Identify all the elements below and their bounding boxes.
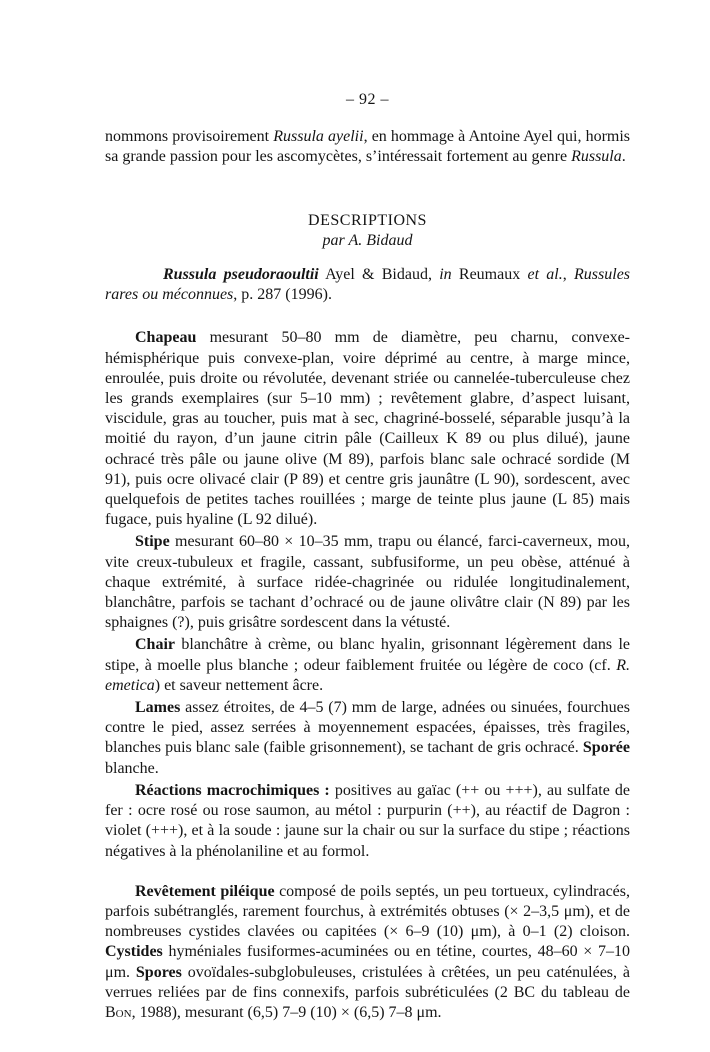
text-run: , — [563, 266, 574, 283]
text-run: in — [439, 266, 451, 283]
text-run: Cystides — [105, 943, 163, 960]
chair-paragraph: Chair blanchâtre à crème, ou blanc hyali… — [105, 635, 630, 696]
author-line: par A. Bidaud — [105, 231, 630, 251]
revetement-paragraph: Revêtement piléique composé de poils sep… — [105, 882, 630, 1023]
text-run: blanchâtre à crème, ou blanc hyalin, gri… — [105, 636, 630, 673]
text-run: Réactions macrochimiques : — [135, 782, 330, 799]
text-run: ovoïdales-subglobuleuses, cristulées à c… — [105, 964, 630, 1001]
reactions-paragraph: Réactions macrochimiques : positives au … — [105, 781, 630, 862]
text-run: mesurant 50–80 mm de diamètre, peu charn… — [105, 329, 630, 528]
text-run: Reumaux — [452, 266, 528, 283]
lames-paragraph: Lames assez étroites, de 4–5 (7) mm de l… — [105, 698, 630, 779]
page-number: – 92 – — [105, 90, 630, 110]
stipe-paragraph: Stipe mesurant 60–80 × 10–35 mm, trapu o… — [105, 532, 630, 633]
text-run: ) et saveur nettement âcre. — [155, 677, 323, 694]
text-run: mesurant 60–80 × 10–35 mm, trapu ou élan… — [105, 533, 630, 631]
intro-paragraph: nommons provisoirement Russula ayelii, e… — [105, 127, 630, 167]
text-run: Chair — [135, 636, 175, 653]
text-run: Spores — [136, 964, 182, 981]
chapeau-paragraph: Chapeau mesurant 50–80 mm de diamètre, p… — [105, 328, 630, 530]
text-run: Russula — [571, 148, 622, 165]
text-run: assez étroites, de 4–5 (7) mm de large, … — [105, 699, 630, 756]
text-run: Russula ayelii — [273, 128, 363, 145]
descriptions-heading: DESCRIPTIONS — [105, 211, 630, 231]
text-run: Bon — [105, 1004, 132, 1021]
text-run: , 1988), mesurant (6,5) 7–9 (10) × (6,5)… — [132, 1004, 442, 1021]
text-run: et al. — [528, 266, 563, 283]
text-run: , p. 287 (1996). — [233, 286, 332, 303]
text-run: blanche. — [105, 760, 159, 777]
text-run: Chapeau — [135, 329, 196, 346]
text-run: . — [622, 148, 626, 165]
text-run: Revêtement piléique — [135, 883, 275, 900]
text-run: Russula pseudoraoultii — [163, 266, 319, 283]
document-page: – 92 – nommons provisoirement Russula ay… — [0, 0, 710, 1052]
text-run: Lames — [135, 699, 180, 716]
text-run: Stipe — [135, 533, 170, 550]
species-title-paragraph: Russula pseudoraoultii Ayel & Bidaud, in… — [105, 265, 630, 305]
text-run: nommons provisoirement — [105, 128, 273, 145]
text-run: Sporée — [583, 739, 630, 756]
text-run: Ayel & Bidaud, — [319, 266, 439, 283]
